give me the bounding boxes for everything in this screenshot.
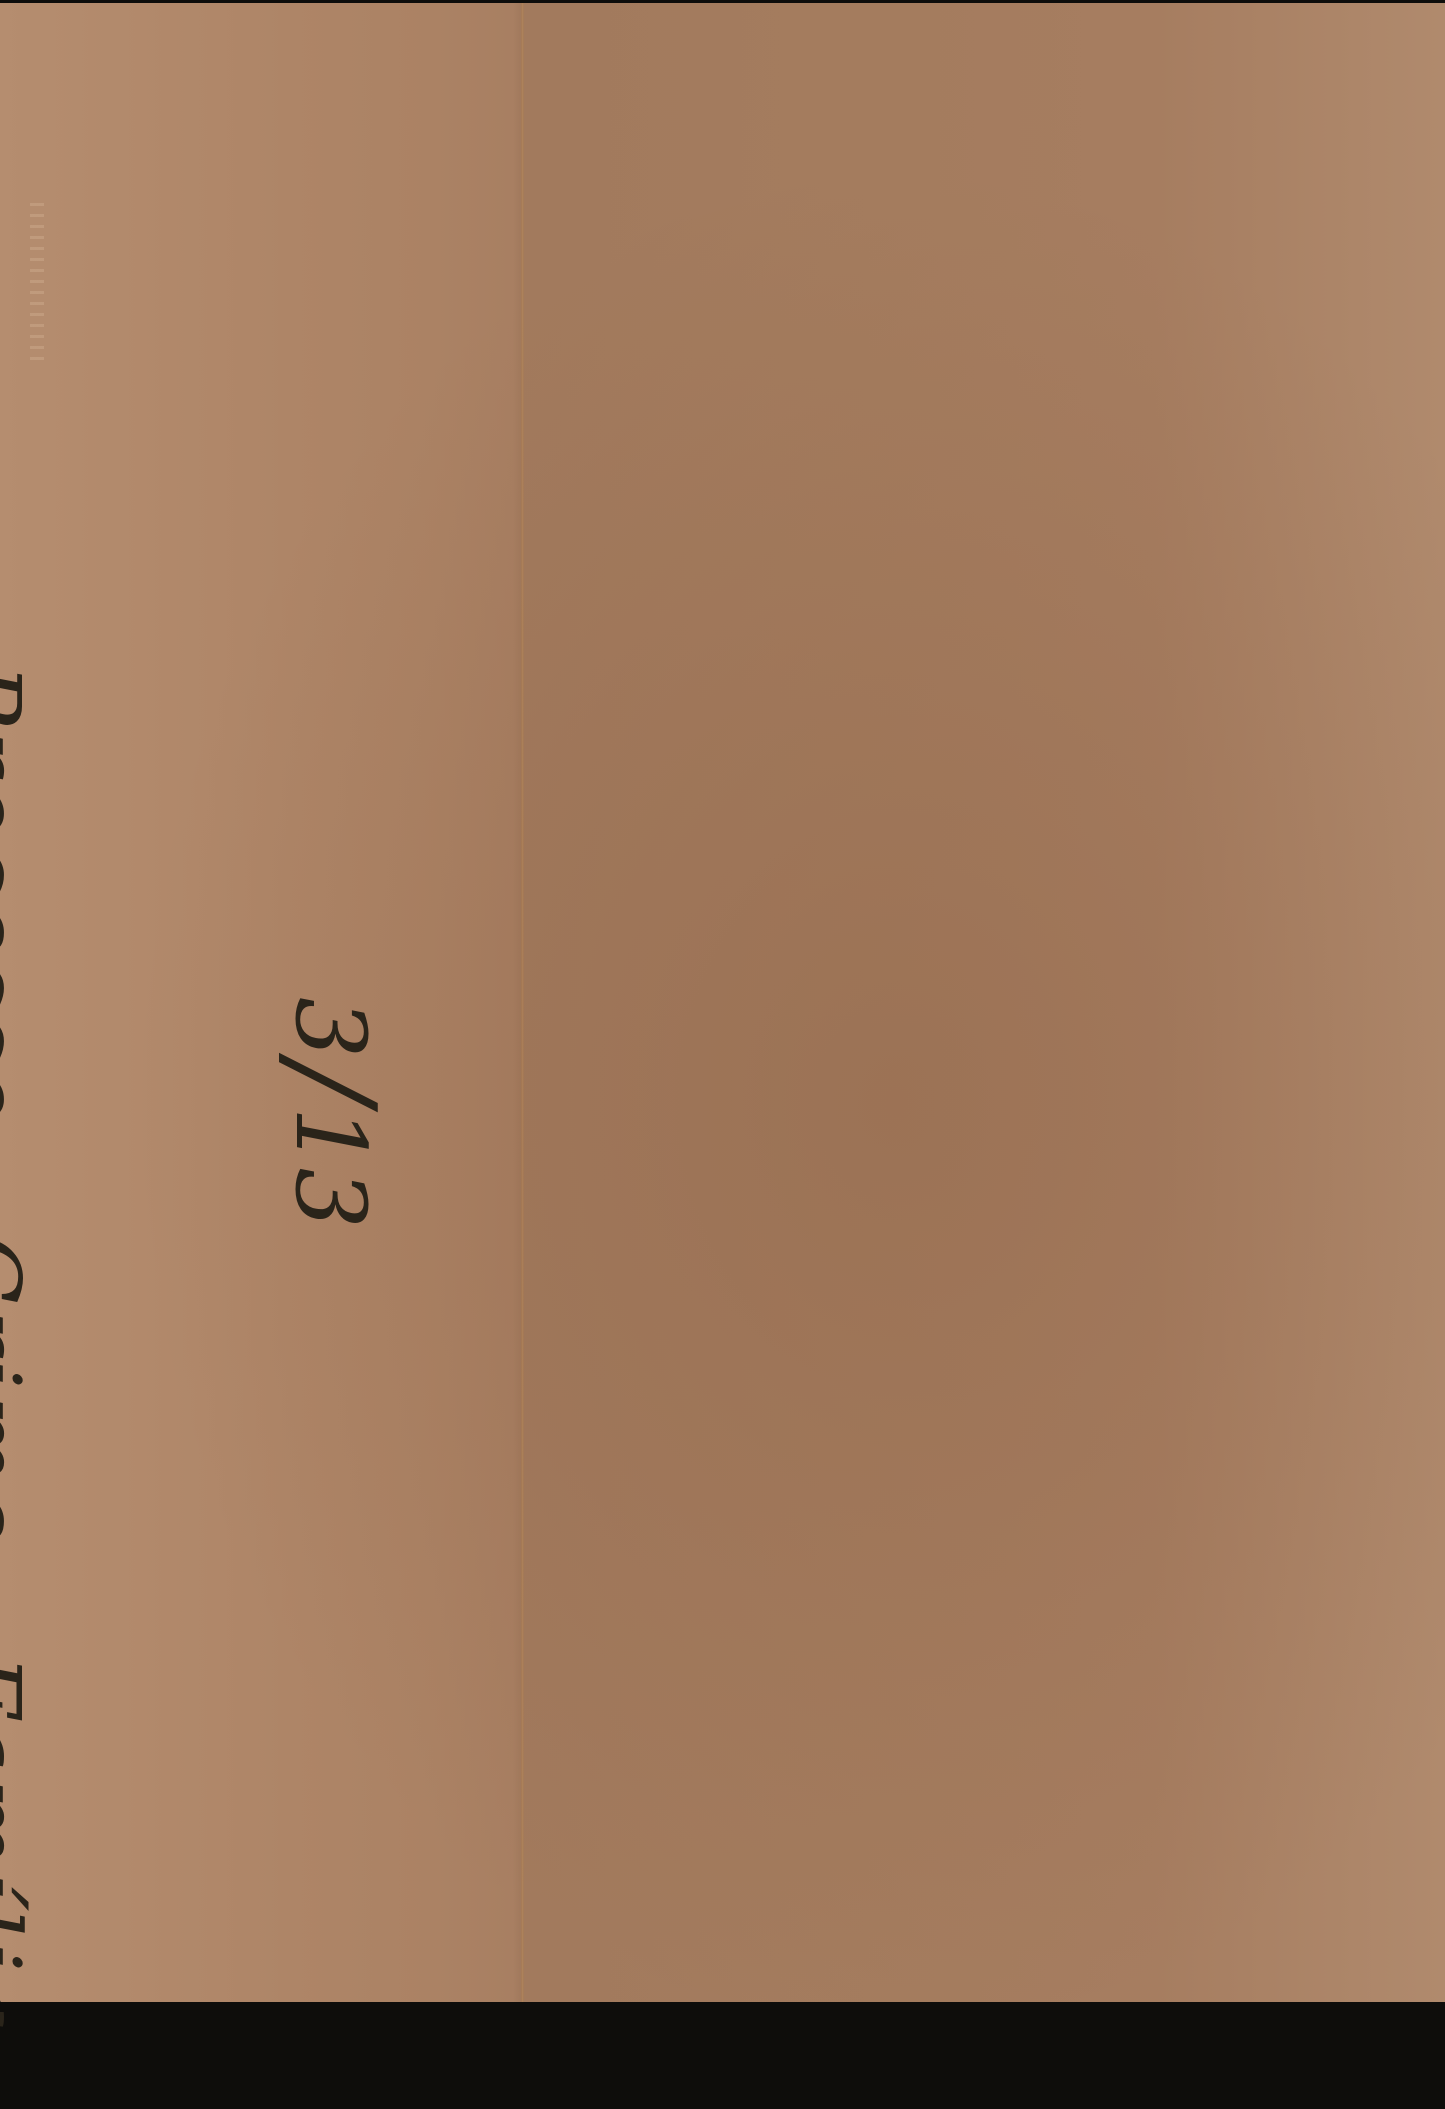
folder-cover-sheet: Processo Crime Família 3 / 13	[0, 3, 1445, 2002]
center-fold-line	[521, 3, 524, 2002]
title-word-2: Crime	[0, 1233, 40, 1548]
folio-numerator: 3	[282, 997, 378, 1058]
title-word-3: Família	[0, 1654, 40, 2012]
folio-slash: /	[270, 1062, 390, 1102]
title-word-1: Processo	[0, 663, 40, 1128]
folio-mark: 3 / 13	[270, 997, 390, 1229]
folio-denominator: 13	[282, 1107, 378, 1229]
scan-bottom-edge	[0, 2002, 1445, 2012]
handwritten-title: Processo Crime Família	[0, 663, 40, 2012]
paper-specks	[30, 203, 44, 363]
